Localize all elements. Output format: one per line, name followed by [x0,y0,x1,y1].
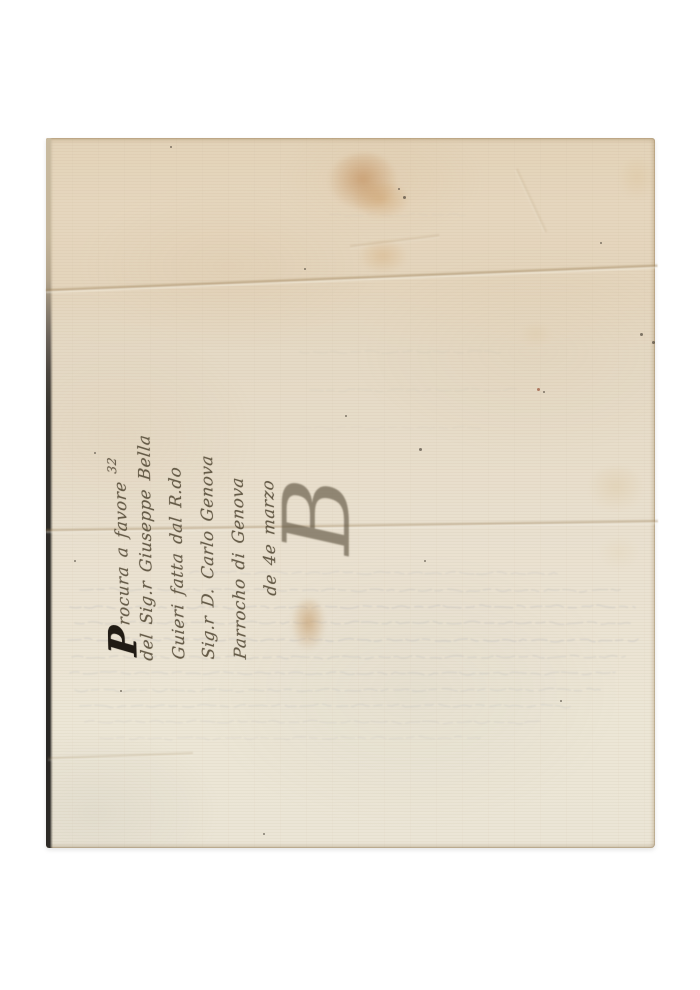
ink-speck [398,188,400,190]
stain [588,466,644,512]
ink-speck [543,391,545,393]
ink-speck [560,700,562,702]
stain [358,241,408,274]
stain [352,183,410,219]
annotation-line: Procura a favore32 [96,415,134,659]
handwritten-annotation: Procura a favore32 del Sig.r Giuseppe Be… [99,415,285,678]
showthrough-line [70,672,615,675]
scanned-photo: Procura a favore32 del Sig.r Giuseppe Be… [0,0,700,990]
stain [618,158,656,200]
ink-speck [640,333,643,336]
stain [291,599,326,651]
manuscript-page: Procura a favore32 del Sig.r Giuseppe Be… [46,138,655,848]
showthrough-line [80,704,570,708]
showthrough-line [310,388,520,391]
showthrough-line [100,736,480,740]
stain [520,324,552,346]
showthrough-line [85,720,540,724]
ink-speck [263,833,265,835]
archival-number: 32 [105,456,119,474]
annotation-line: del Sig.r Giuseppe Bella [128,418,162,662]
ink-speck [419,448,422,451]
ink-speck [403,196,406,199]
showthrough-line [300,426,480,429]
ink-speck [304,268,306,270]
ink-speck [74,560,76,562]
showthrough-line [300,351,500,354]
ink-speck [424,560,426,562]
annotation-line: de 4e marzo [251,434,288,678]
ink-speck [170,146,172,148]
showthrough-line [75,688,600,692]
annotation-line: Guieri fatta dal R.do [158,422,194,666]
ink-speck [345,415,347,417]
ink-speck [537,388,540,391]
ink-speck [94,452,96,454]
stain [598,538,640,570]
ink-speck [120,690,122,692]
ink-speck [652,341,655,344]
ink-speck [600,242,602,244]
annotation-line: Parrocho di Genova [221,430,256,674]
annotation-line: Sig.r D. Carlo Genova [191,426,224,670]
